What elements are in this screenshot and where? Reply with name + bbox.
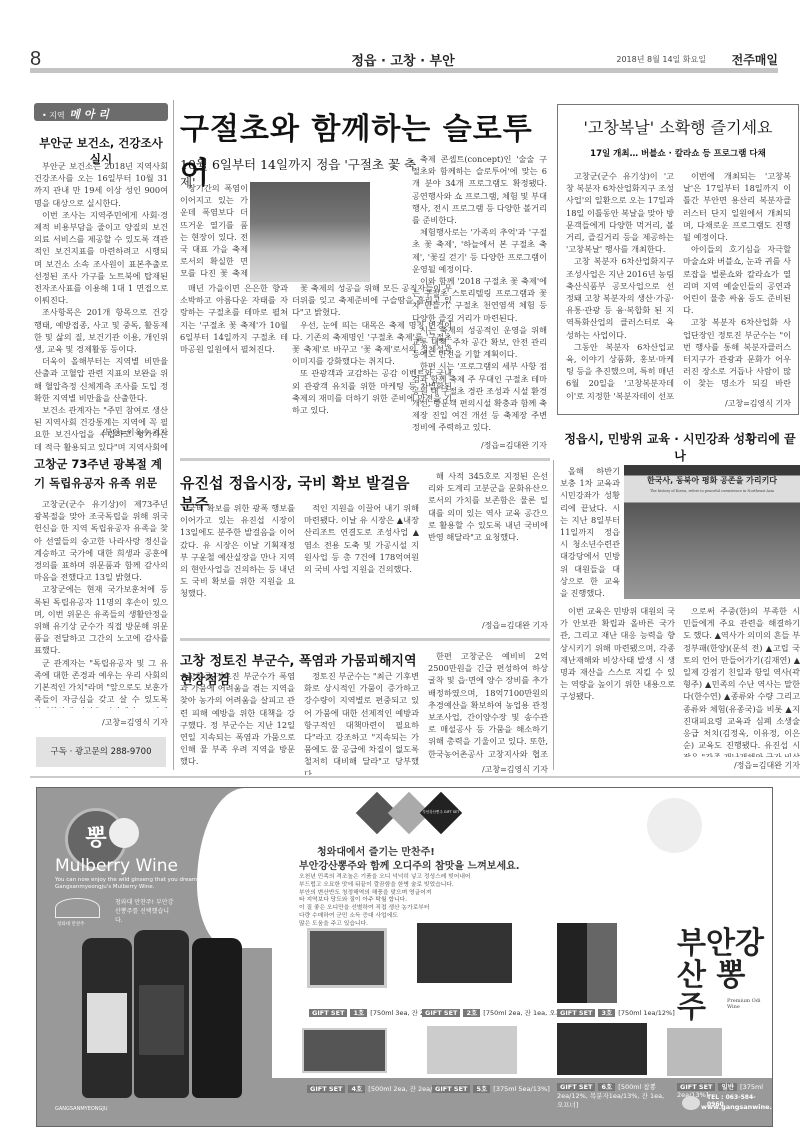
header-rule <box>30 68 778 73</box>
byline: /고창=김영식 기자 <box>428 764 548 775</box>
article-column: 적인 지원을 이끌어 내기 위해 마련됐다. 이날 유 시장은 ▲내장산리조트 … <box>304 502 419 630</box>
article-column: 국비 확보를 위한 광폭 행보를 이어가고 있는 유진섭 시장이 13일에도 분… <box>180 502 295 630</box>
ad-title: Mulberry Wine <box>55 856 178 876</box>
mascot-icon <box>647 798 702 853</box>
feature-column-3: 축제 콘셉트(concept)인 '술술 구절초와 함께하는 슬로투어'에 맞는… <box>412 153 547 435</box>
gift-set-label: GIFT SET5호[375ml 5ea/13%] <box>432 1084 550 1093</box>
festival-photo <box>250 182 370 282</box>
gift-set-7-image <box>667 1028 722 1076</box>
ad-divider <box>30 776 800 778</box>
gift-set-1-image <box>307 928 387 988</box>
byline: /정읍=김대완 기자 <box>683 760 800 771</box>
article-column: 정토진 부군수는 "최근 기후변화로 상시적인 가뭄이 증가하고 강수량이 지역… <box>304 670 419 775</box>
article-column: 이번 교육은 민방위 대원의 국가 안보관 확립과 올바른 국가관, 그리고 재… <box>560 605 675 770</box>
column-divider <box>173 100 174 770</box>
civil-education-photo: 한국사, 동북아 평화 공존을 가리키다 The history of Kore… <box>624 465 800 599</box>
box-headline[interactable]: '고창복날' 소확행 즐기세요 <box>557 115 799 138</box>
section-divider <box>180 638 550 641</box>
newspaper-name: 전주매일 <box>732 51 778 68</box>
gift-set-6-image <box>557 1023 647 1075</box>
article-headline[interactable]: 정읍시, 민방위 교육 · 시민강좌 성황리에 끝나 <box>560 430 800 464</box>
article-column: 한편 고창군은 예비비 2억2500만원을 긴급 편성하여 하상굴착 및 읍·면… <box>428 650 548 762</box>
box-column-2: 이번에 개최되는 '고창복날'은 17일부터 18일까지 이틀간 부안면 용산리… <box>683 170 791 392</box>
article-body: 고창군(군수 유기상)이 제73주년 광복절을 맞아 조국독립을 위해 위국헌신… <box>34 498 168 708</box>
feature-column-1: 장기간의 폭염이 이어지고 있는 가운데 폭염보다 더 뜨거운 열기를 품는 현… <box>180 182 248 282</box>
column-divider <box>553 460 554 770</box>
box-column-1: 고창군(군수 유기상)이 '고창 복분자 6차산업화지구 조성사업'의 일환으로… <box>566 170 674 400</box>
gift-set-label: GIFT SET6호[500ml 참뽕2ea/12%, 복분자1ea/13%, … <box>557 1082 667 1109</box>
blue-house-icon <box>55 898 100 918</box>
article-column: 고창군 정토진 부군수가 폭염과 가뭄에 어려움을 겪는 지역을 찾아 농가의 … <box>180 670 295 775</box>
gift-set-5-image <box>427 1026 517 1074</box>
ad-headline-2: 부안강산뽕주와 함께 오디주의 참맛을 느껴보세요. <box>299 857 520 872</box>
gift-set-label: GIFT SET4호[500ml 2ea, 잔 2ea/12%] <box>307 1084 449 1093</box>
ad-website[interactable]: www.gangsanwine.com <box>701 1103 773 1111</box>
ad-body: 오천년 민족의 격조높은 기품을 오디 넉넉히 넣고 정성스레 빚어내어 부드럽… <box>299 874 579 929</box>
box-subhead: 17일 개최… 버블쇼 · 칼라쇼 등 프로그램 다채 <box>557 147 799 159</box>
mulberry-wine-ad[interactable]: 뽕 Mulberry Wine You can now enjoy the wi… <box>36 787 773 1127</box>
wine-bottle-1 <box>82 938 132 1098</box>
bullet-icon: • <box>42 111 47 120</box>
byline: /정읍=김대완 기자 <box>428 620 548 631</box>
gift-set-2-image <box>417 923 512 983</box>
article-headline[interactable]: 고창군 73주년 광복절 계기 독립유공자 유족 위문 <box>34 455 168 493</box>
byline: /부안=이옥수 기자 <box>34 427 168 438</box>
byline: /고창=김영식 기자 <box>683 398 791 409</box>
byline: /고창=김영식 기자 <box>34 717 168 728</box>
section-divider <box>180 458 550 461</box>
ad-headline-1: 청와대에서 즐기는 만찬주! <box>317 843 435 858</box>
byline: /정읍=김대완 기자 <box>412 440 547 451</box>
gift-set-3-image <box>557 923 617 1003</box>
wine-bottle-3 <box>192 938 242 1098</box>
gift-set-label: GIFT SET3호[750ml 1ea/12%] <box>557 1008 675 1017</box>
article-column: 으로써 주중(한)의 부족한 시민들에게 주요 관련을 해결하기도 했다. ▲역… <box>683 605 800 757</box>
article-column: 해 사적 345호로 지정된 은선리와 도계리 고분군을 문화유산으로서의 가치… <box>428 470 548 618</box>
article-body: 부안군 보건소는 2018년 지역사회 건강조사를 오는 16일부터 10월 3… <box>34 160 168 452</box>
gift-set-4-image <box>302 1028 387 1073</box>
company-logo-icon <box>682 1096 700 1110</box>
wine-bottle-2 <box>134 930 189 1098</box>
feature-column-1b: 매년 가을이면 은은한 향과 소박하고 아름다운 자태를 자랑하는 구절초를 테… <box>180 282 288 422</box>
mascot-icon <box>109 818 139 848</box>
subscription-box: 구독 · 광고문의 288-9700 <box>36 737 166 767</box>
issue-date: 2018년 8월 14일 화요일 <box>616 54 706 65</box>
column-tag: • 지역 메 아 리 <box>34 103 168 121</box>
